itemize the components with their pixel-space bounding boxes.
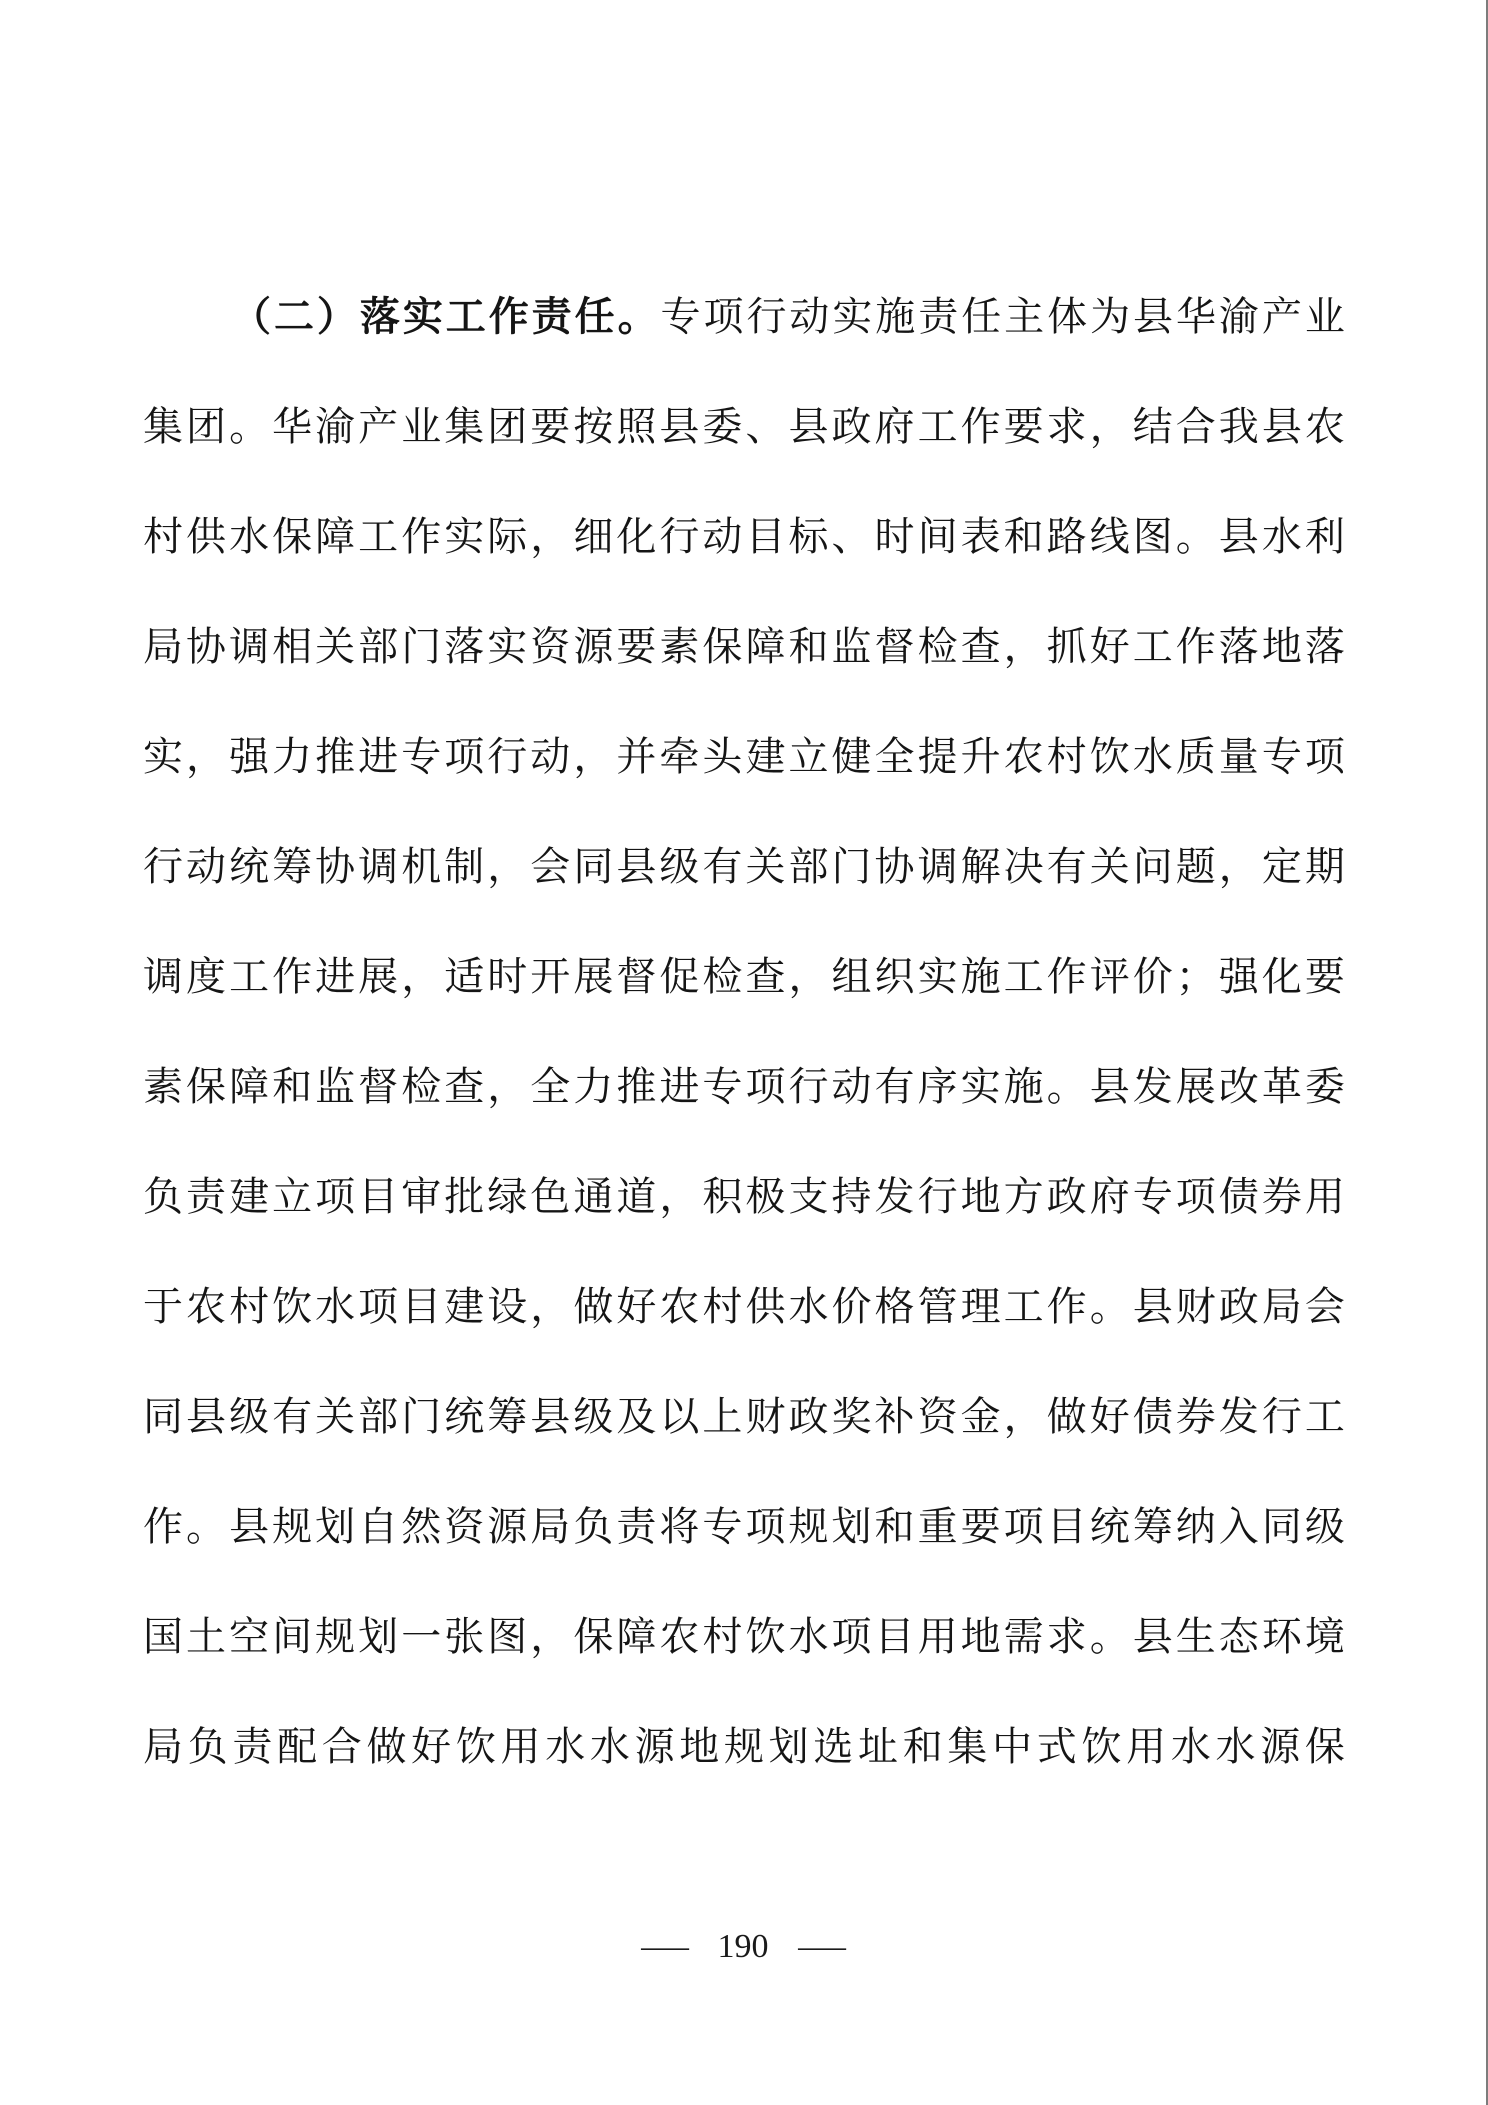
paragraph-line: 素保障和监督检查，全力推进专项行动有序实施。县发展改革委 xyxy=(143,1032,1345,1142)
paragraph-line: 国土空间规划一张图，保障农村饮水项目用地需求。县生态环境 xyxy=(143,1582,1345,1692)
paragraph-line-1: （二）落实工作责任。专项行动实施责任主体为县华渝产业 xyxy=(143,262,1345,372)
paragraph-line: 行动统筹协调机制，会同县级有关部门协调解决有关问题，定期 xyxy=(143,812,1345,922)
paragraph-line: 于农村饮水项目建设，做好农村供水价格管理工作。县财政局会 xyxy=(143,1252,1345,1362)
paragraph-line: 作。县规划自然资源局负责将专项规划和重要项目统筹纳入同级 xyxy=(143,1472,1345,1582)
footer-right-dash: — xyxy=(798,1928,846,1966)
document-page: （二）落实工作责任。专项行动实施责任主体为县华渝产业 集团。华渝产业集团要按照县… xyxy=(0,0,1488,2105)
paragraph-line: 局协调相关部门落实资源要素保障和监督检查，抓好工作落地落 xyxy=(143,592,1345,702)
paragraph-line: 同县级有关部门统筹县级及以上财政奖补资金，做好债券发行工 xyxy=(143,1362,1345,1472)
paragraph-line: 局负责配合做好饮用水水源地规划选址和集中式饮用水水源保 xyxy=(143,1692,1345,1802)
footer-left-dash: — xyxy=(641,1928,689,1966)
paragraph-line: 调度工作进展，适时开展督促检查，组织实施工作评价；强化要 xyxy=(143,922,1345,1032)
paragraph-block: （二）落实工作责任。专项行动实施责任主体为县华渝产业 集团。华渝产业集团要按照县… xyxy=(143,262,1345,1802)
paragraph-line: 负责建立项目审批绿色通道，积极支持发行地方政府专项债券用 xyxy=(143,1142,1345,1252)
paragraph-line: 村供水保障工作实际，细化行动目标、时间表和路线图。县水利 xyxy=(143,482,1345,592)
page-footer: — 190 — xyxy=(0,1928,1486,1966)
paragraph-lines: 集团。华渝产业集团要按照县委、县政府工作要求，结合我县农村供水保障工作实际，细化… xyxy=(143,372,1345,1802)
paragraph-line: 实，强力推进专项行动，并牵头建立健全提升农村饮水质量专项 xyxy=(143,702,1345,812)
page-number: 190 xyxy=(718,1928,769,1966)
paragraph-line: 集团。华渝产业集团要按照县委、县政府工作要求，结合我县农 xyxy=(143,372,1345,482)
